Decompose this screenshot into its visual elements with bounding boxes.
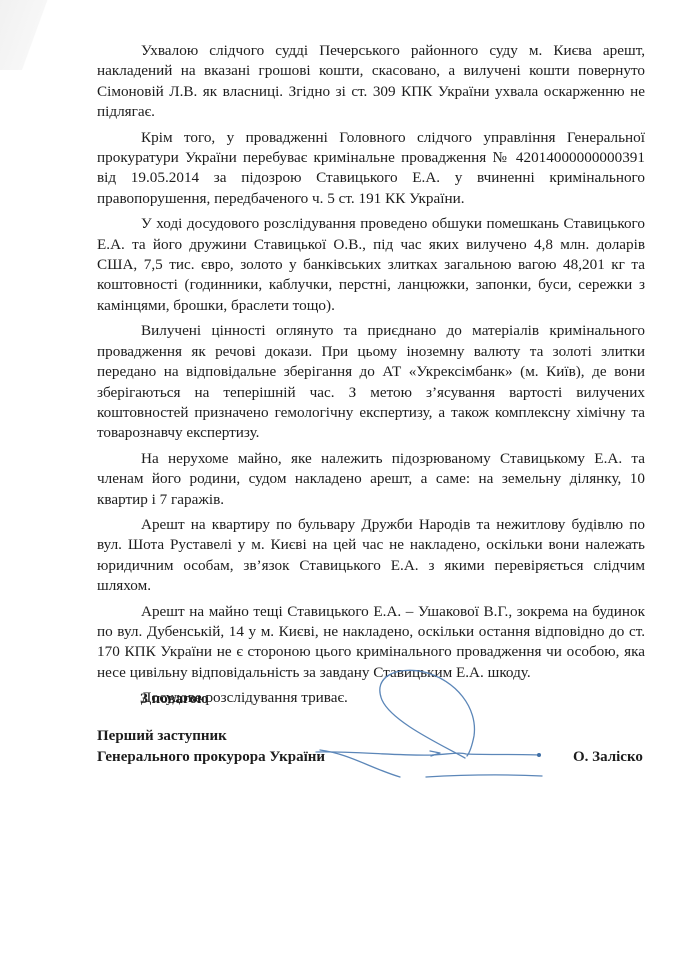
paragraph-searches: У ході досудового розслідування проведен… [97,214,645,316]
paragraph-court-ruling: Ухвалою слідчого судді Печерського район… [97,41,645,123]
signatory-title-line-2: Генерального прокурора України [97,748,325,766]
paragraph-apartment-building: Арешт на квартиру по бульвару Дружби Нар… [97,515,645,597]
paragraph-real-estate-arrest: На нерухоме майно, яке належить підозрюв… [97,449,645,510]
closing-salutation: З повагою [140,690,208,708]
document-body: Ухвалою слідчого судді Печерського район… [97,41,645,709]
scan-edge-shadow [0,0,60,70]
signatory-title-line-1: Перший заступник [97,727,227,745]
paragraph-criminal-proceeding: Крім того, у провадженні Головного слідч… [97,128,645,210]
paragraph-mother-in-law-property: Арешт на майно тещі Ставицького Е.А. – У… [97,602,645,684]
paragraph-seized-valuables: Вилучені цінності оглянуто та приєднано … [97,321,645,443]
signatory-name: О. Заліско [573,748,643,766]
